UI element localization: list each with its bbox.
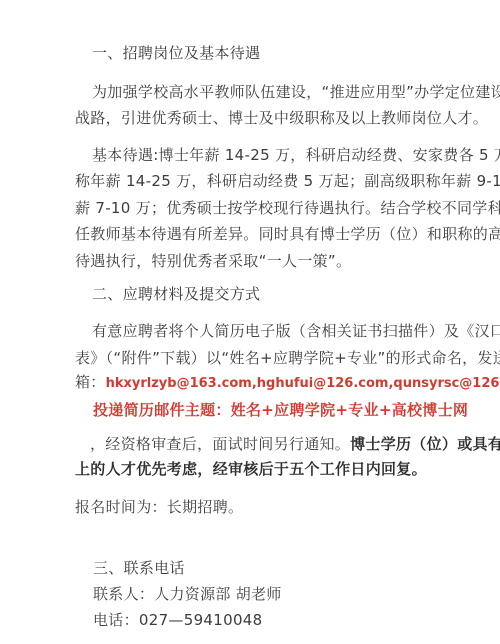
email-line: 箱：hkxyrlzyb@163.com,hghufui@126.com,quns… [75,374,500,392]
section1-heading: 一、招聘岗位及基本待遇 [92,45,260,61]
section1-paragraph2-line1: 基本待遇:博士年薪 14-25 万，科研启动经费、安家费各 5 万起；正高级职 [92,147,500,163]
email-line-prefix: 箱： [75,373,106,391]
email-subject-instruction: 投递简历邮件主题：姓名+应聘学院+专业+高校博士网 [93,402,468,418]
priority-notice-bold-part2: 上的人才优先考虑，经审核后于五个工作日内回复。 [75,461,427,477]
review-notice-normal: ，经资格审查后，面试时间另行通知。 [90,435,350,453]
section1-paragraph2-line3: 薪 7-10 万；优秀硕士按学校现行待遇执行。结合学校不同学科、专业需求，专 [75,200,500,216]
section1-paragraph2-line4: 任教师基本待遇有所差异。同时具有博士学历（位）和职称的高级人才按照博士 [75,226,500,242]
section1-paragraph1-line1: 为加强学校高水平教师队伍建设，“推进应用型”办学定位建设及人才强校 [92,84,500,100]
contact-person: 联系人：人力资源部 胡老师 [93,586,282,602]
priority-notice-bold-part1: 博士学历（位）或具有中级职称及以 [350,435,500,453]
email-addresses: hkxyrlzyb@163.com,hghufui@126.com,qunsyr… [106,376,500,391]
recruitment-notice-document: 一、招聘岗位及基本待遇 为加强学校高水平教师队伍建设，“推进应用型”办学定位建设… [0,0,500,644]
section2-heading: 二、应聘材料及提交方式 [92,286,260,302]
section1-paragraph2-line5: 待遇执行，特别优秀者采取“一人一策”。 [75,253,351,269]
section2-paragraph2-line1: ，经资格审查后，面试时间另行通知。博士学历（位）或具有中级职称及以 [90,436,500,452]
contact-phone: 电话：027—59410048 [93,612,262,628]
section1-paragraph2-line2: 称年薪 14-25 万，科研启动经费 5 万起；副高级职称年薪 9-16 万；中… [75,173,500,189]
section2-paragraph1-line2: 表》（“附件”下载）以“姓名+应聘学院+专业”的形式命名，发送至电子邮 [75,350,500,366]
section1-paragraph1-line2: 战路，引进优秀硕士、博士及中级职称及以上教师岗位人才。 [75,110,488,126]
registration-period: 报名时间为：长期招聘。 [75,499,243,515]
section3-heading: 三、联系电话 [93,560,185,576]
section2-paragraph1-line1: 有意应聘者将个人简历电子版（含相关证书扫描件）及《汉口学院应聘报名 [92,323,500,339]
